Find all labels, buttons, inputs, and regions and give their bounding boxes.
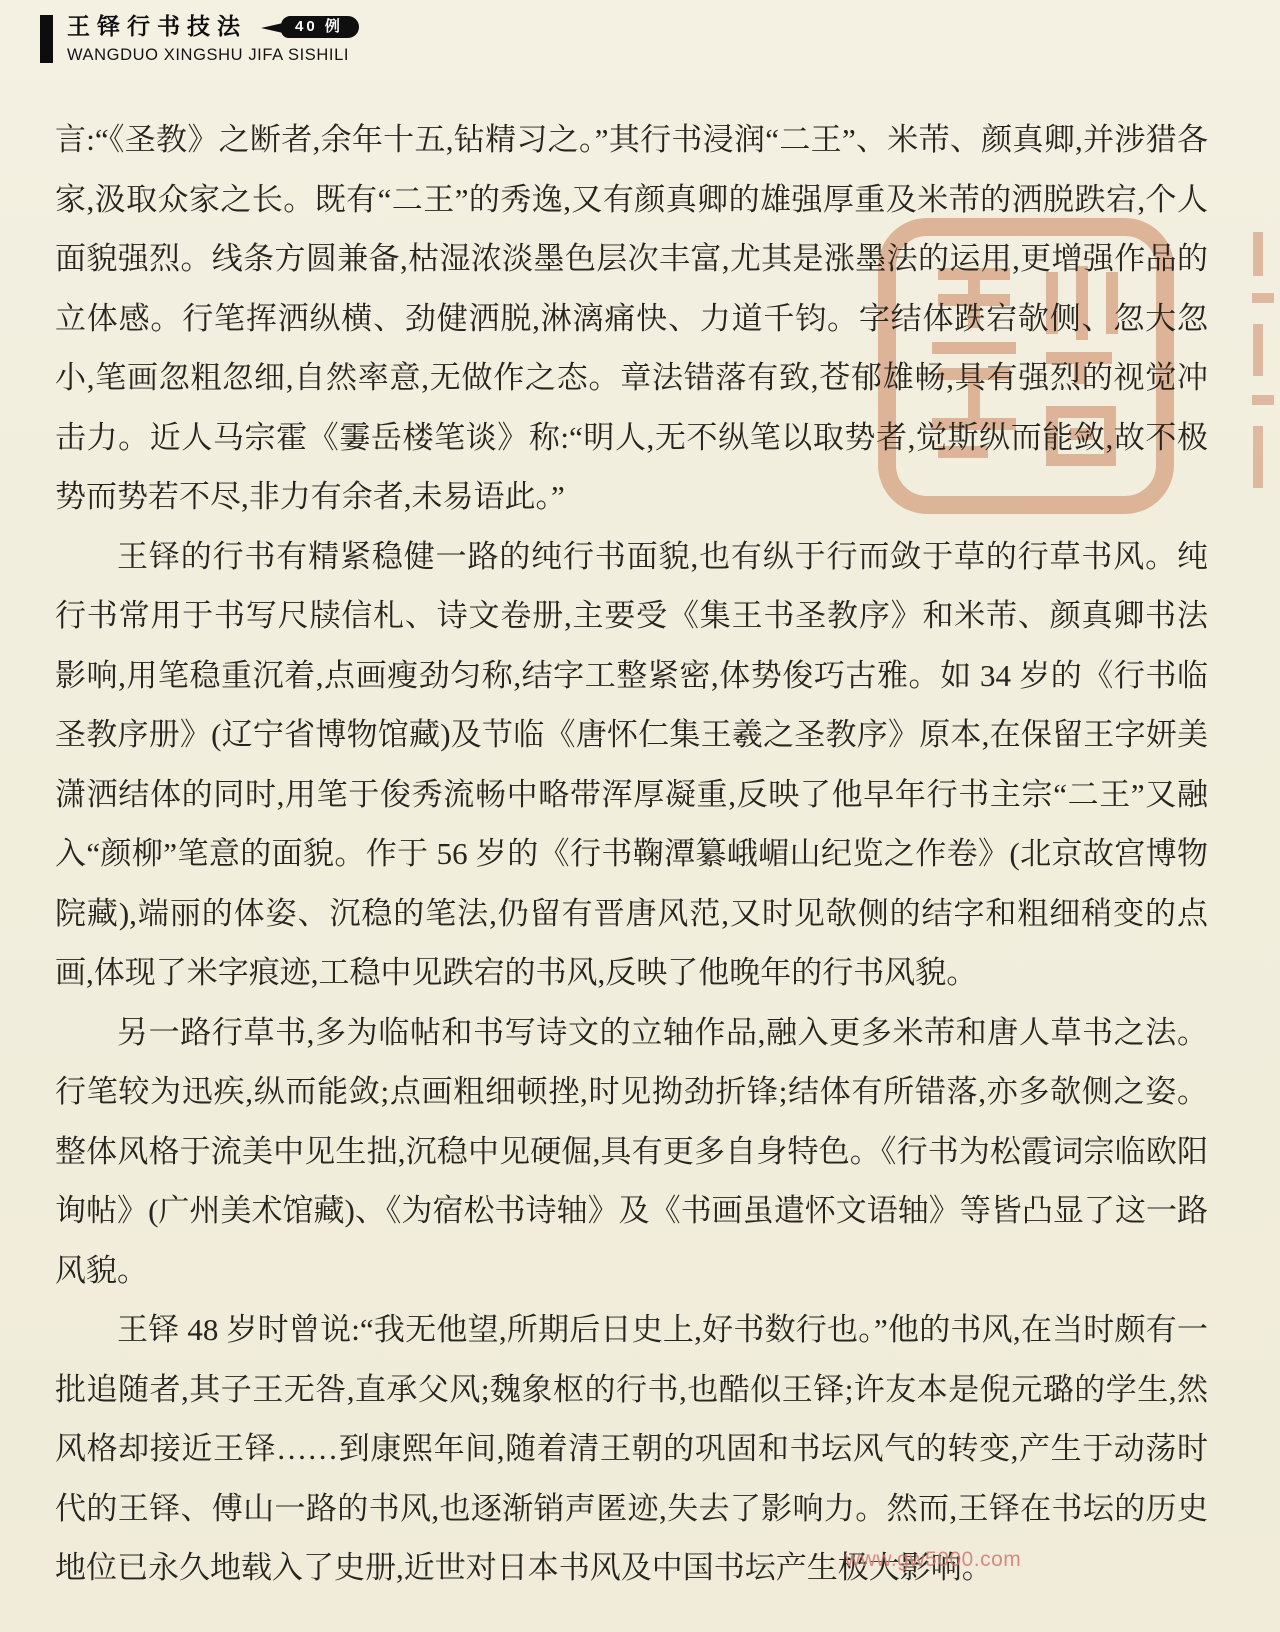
page-header: 王铎行书技法 40 例 WANGDUO XINGSHU JIFA SISHILI xyxy=(40,15,359,63)
brand-bar-icon xyxy=(40,15,53,63)
watermark: www.gw5000.com xyxy=(845,1548,1021,1572)
header-text: 王铎行书技法 40 例 WANGDUO XINGSHU JIFA SISHILI xyxy=(67,15,359,63)
paragraph: 另一路行草书,多为临帖和书写诗文的立轴作品,融入更多米芾和唐人草书之法。行笔较为… xyxy=(55,1003,1208,1301)
title-row: 王铎行书技法 40 例 xyxy=(67,15,359,38)
book-title: 王铎行书技法 xyxy=(67,15,247,38)
paragraph: 王铎的行书有精紧稳健一路的纯行书面貌,也有纵于行而敛于草的行草书风。纯行书常用于… xyxy=(55,527,1208,1003)
book-subtitle: WANGDUO XINGSHU JIFA SISHILI xyxy=(67,47,359,64)
edition-badge-label: 40 例 xyxy=(295,18,343,35)
paragraph: 王铎 48 岁时曾说:“我无他望,所期后日史上,好书数行也。”他的书风,在当时颇… xyxy=(55,1300,1208,1598)
brush-swoosh-icon xyxy=(261,23,283,33)
article-text: 言:“《圣教》之断者,余年十五,钻精习之。”其行书浸润“二王”、米芾、颜真卿,并… xyxy=(55,110,1208,1598)
edition-badge: 40 例 xyxy=(281,16,359,38)
paragraph: 言:“《圣教》之断者,余年十五,钻精习之。”其行书浸润“二王”、米芾、颜真卿,并… xyxy=(55,110,1208,527)
seal-fragment-icon xyxy=(1248,224,1278,514)
